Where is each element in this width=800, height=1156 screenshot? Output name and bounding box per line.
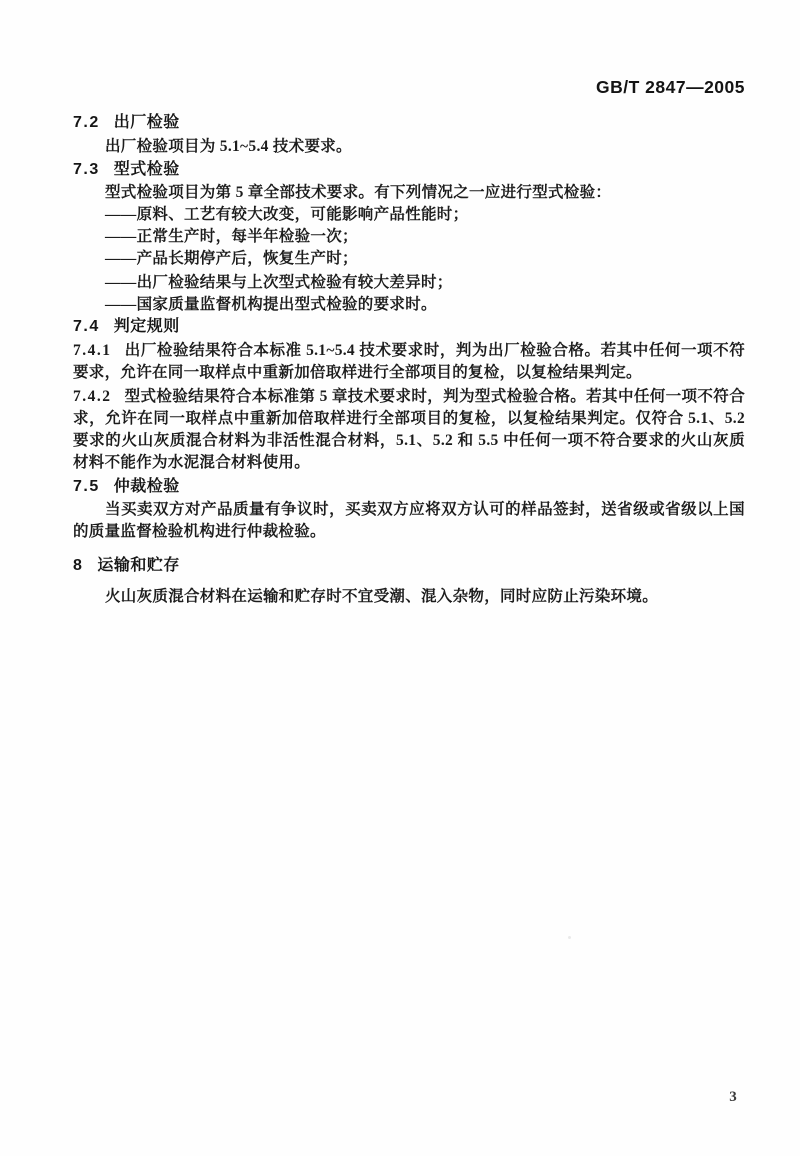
paragraph-line: 的质量监督检验机构进行仲裁检验。: [73, 521, 745, 543]
section-7-5-heading: 7.5仲裁检验: [73, 476, 745, 498]
section-title: 运输和贮存: [97, 557, 180, 574]
list-item: ——出厂检验结果与上次型式检验有较大差异时；: [73, 272, 745, 294]
section-title: 判定规则: [114, 318, 180, 335]
clause-line: 7.4.1出厂检验结果符合本标准 5.1~5.4 技术要求时，判为出厂检验合格。…: [73, 340, 745, 362]
section-number: 7.3: [73, 159, 100, 181]
page-number: 3: [73, 1086, 745, 1108]
scan-speck: [568, 936, 571, 939]
clause-line: 材料不能作为水泥混合材料使用。: [73, 452, 745, 474]
paragraph-line: 当买卖双方对产品质量有争议时，买卖双方应将双方认可的样品签封，送省级或省级以上国…: [73, 499, 745, 521]
paragraph-line: 火山灰质混合材料在运输和贮存时不宜受潮、混入杂物，同时应防止污染环境。: [73, 586, 745, 608]
standard-code: GB/T 2847—2005: [73, 76, 745, 98]
document-page: GB/T 2847—2005 7.2出厂检验 出厂检验项目为 5.1~5.4 技…: [0, 0, 800, 1156]
clause-line: 要求，允许在同一取样点中重新加倍取样进行全部项目的复检，以复检结果判定。: [73, 362, 745, 384]
section-8-heading: 8运输和贮存: [73, 555, 745, 577]
section-number: 7.5: [73, 476, 100, 498]
clause-line: 求，允许在同一取样点中重新加倍取样进行全部项目的复检，以复检结果判定。仅符合 5…: [73, 408, 745, 430]
section-number: 8: [73, 555, 83, 577]
paragraph-line: 出厂检验项目为 5.1~5.4 技术要求。: [73, 136, 745, 158]
section-number: 7.4: [73, 316, 100, 338]
clause-text: 出厂检验结果符合本标准 5.1~5.4 技术要求时，判为出厂检验合格。若其中任何…: [73, 342, 745, 362]
paragraph-line: 型式检验项目为第 5 章全部技术要求。有下列情况之一应进行型式检验：: [73, 182, 745, 204]
clause-text: 型式检验结果符合本标准第 5 章技术要求时，判为型式检验合格。若其中任何一项不符…: [73, 388, 745, 408]
list-item: ——国家质量监督机构提出型式检验的要求时。: [73, 294, 745, 316]
clause-number: 7.4.1: [73, 340, 112, 362]
clause-line: 要求的火山灰质混合材料为非活性混合材料，5.1、5.2 和 5.5 中任何一项不…: [73, 430, 745, 452]
list-item: ——产品长期停产后，恢复生产时；: [73, 248, 745, 270]
clause-number: 7.4.2: [73, 386, 112, 408]
section-title: 出厂检验: [114, 114, 180, 131]
clause-line: 7.4.2型式检验结果符合本标准第 5 章技术要求时，判为型式检验合格。若其中任…: [73, 386, 745, 408]
section-7-3-heading: 7.3型式检验: [73, 159, 745, 181]
section-title: 仲裁检验: [114, 478, 180, 495]
list-item: ——原料、工艺有较大改变，可能影响产品性能时；: [73, 204, 745, 226]
section-7-2-heading: 7.2出厂检验: [73, 112, 745, 134]
section-title: 型式检验: [114, 161, 180, 178]
section-number: 7.2: [73, 112, 100, 134]
list-item: ——正常生产时，每半年检验一次；: [73, 226, 745, 248]
section-7-4-heading: 7.4判定规则: [73, 316, 745, 338]
